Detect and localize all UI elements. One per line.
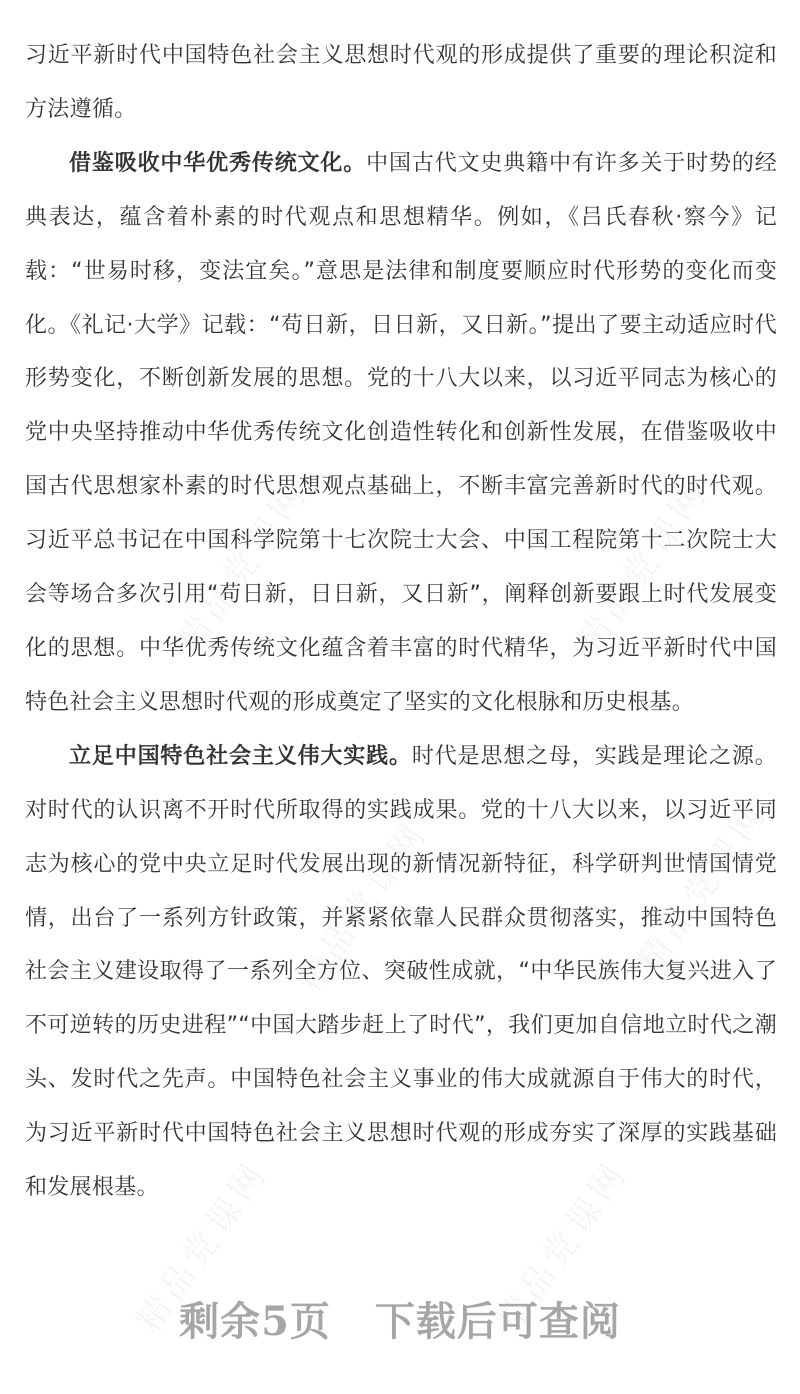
remaining-pages-banner[interactable]: 剩余5页下载后可查阅 <box>0 1290 800 1347</box>
download-to-view-label: 下载后可查阅 <box>375 1298 621 1345</box>
paragraph-lead: 立足中国特色社会主义伟大实践。 <box>69 744 412 769</box>
paragraph-great-practice: 立足中国特色社会主义伟大实践。时代是思想之母，实践是理论之源。对时代的认识离不开… <box>25 730 777 1215</box>
paragraph-lead: 借鉴吸收中华优秀传统文化。 <box>69 151 366 176</box>
paragraph-text: 习近平新时代中国特色社会主义思想时代观的形成提供了重要的理论积淀和方法遵循。 <box>25 43 777 122</box>
remaining-pages-label: 剩余5页 <box>179 1298 331 1345</box>
paragraph-text: 中国古代文史典籍中有许多关于时势的经典表达，蕴含着朴素的时代观点和思想精华。例如… <box>25 151 777 715</box>
paragraph-intro-continuation: 习近平新时代中国特色社会主义思想时代观的形成提供了重要的理论积淀和方法遵循。 <box>25 29 777 137</box>
paragraph-traditional-culture: 借鉴吸收中华优秀传统文化。中国古代文史典籍中有许多关于时势的经典表达，蕴含着朴素… <box>25 137 777 730</box>
paragraph-text: 时代是思想之母，实践是理论之源。对时代的认识离不开时代所取得的实践成果。党的十八… <box>25 744 777 1200</box>
document-body: 习近平新时代中国特色社会主义思想时代观的形成提供了重要的理论积淀和方法遵循。 借… <box>25 29 777 1215</box>
